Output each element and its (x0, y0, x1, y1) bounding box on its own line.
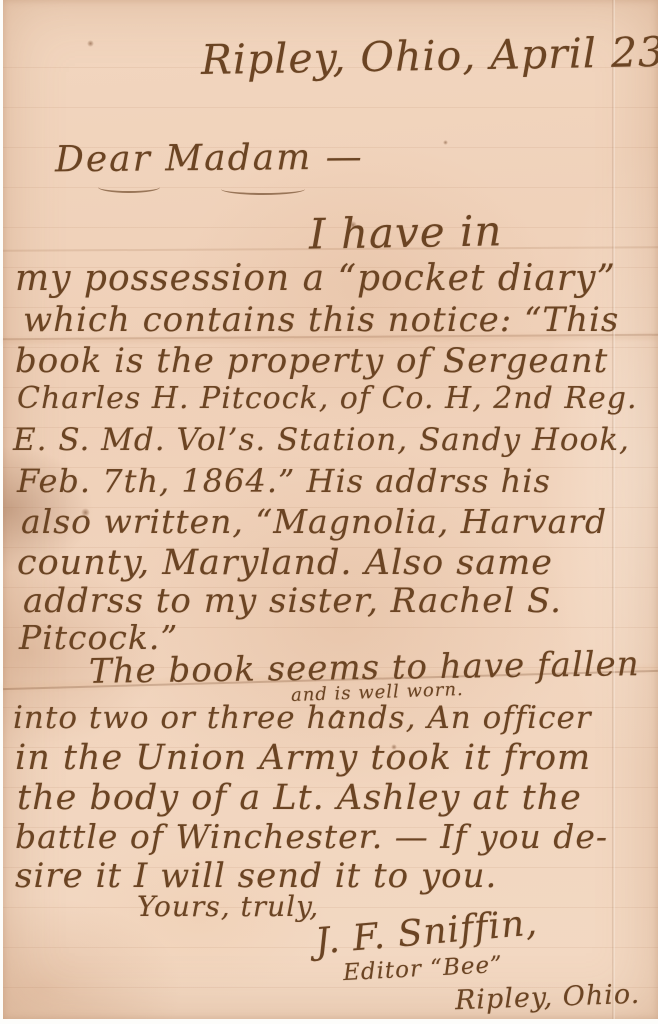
ink-speck (87, 40, 94, 47)
letter-line: Charles H. Pitcock, of Co. H, 2nd Reg. (17, 381, 638, 416)
letter-line: county, Maryland. Also same (17, 543, 553, 583)
letter-scan: Ripley, Ohio, April 23 Dear Madam — I ha… (0, 0, 658, 1024)
letter-line: my possession a “pocket diary” (15, 258, 616, 299)
letter-page: Ripley, Ohio, April 23 Dear Madam — I ha… (3, 0, 658, 1019)
letter-line: into two or three hands, An officer (13, 700, 592, 736)
letter-signature: J. F. Sniffin, (314, 902, 540, 962)
salutation-flourish (221, 188, 305, 195)
letter-closing: Yours, truly, (137, 890, 319, 923)
letter-line: I have in (309, 206, 503, 258)
salutation-flourish (98, 186, 160, 193)
fold-crease-vertical (612, 0, 615, 1019)
letter-line: book is the property of Sergeant (15, 341, 608, 381)
letter-line: E. S. Md. Vol’s. Station, Sandy Hook, (13, 422, 630, 458)
letter-line: addrss to my sister, Rachel S. (23, 581, 562, 621)
signature-place: Ripley, Ohio. (455, 979, 641, 1016)
letter-salutation: Dear Madam — (55, 137, 364, 181)
letter-line: which contains this notice: “This (23, 300, 619, 340)
ink-speck (443, 140, 448, 145)
letter-line: the body of a Lt. Ashley at the (17, 778, 582, 818)
insertion-caret: ^ (328, 706, 349, 734)
letter-dateline: Ripley, Ohio, April 23 (201, 28, 658, 84)
letter-line: battle of Winchester. — If you de- (15, 817, 608, 856)
letter-line: in the Union Army took it from (15, 738, 591, 778)
letter-line: Feb. 7th, 1864.” His addrss his (17, 462, 551, 500)
letter-line: also written, “Magnolia, Harvard (21, 502, 607, 541)
